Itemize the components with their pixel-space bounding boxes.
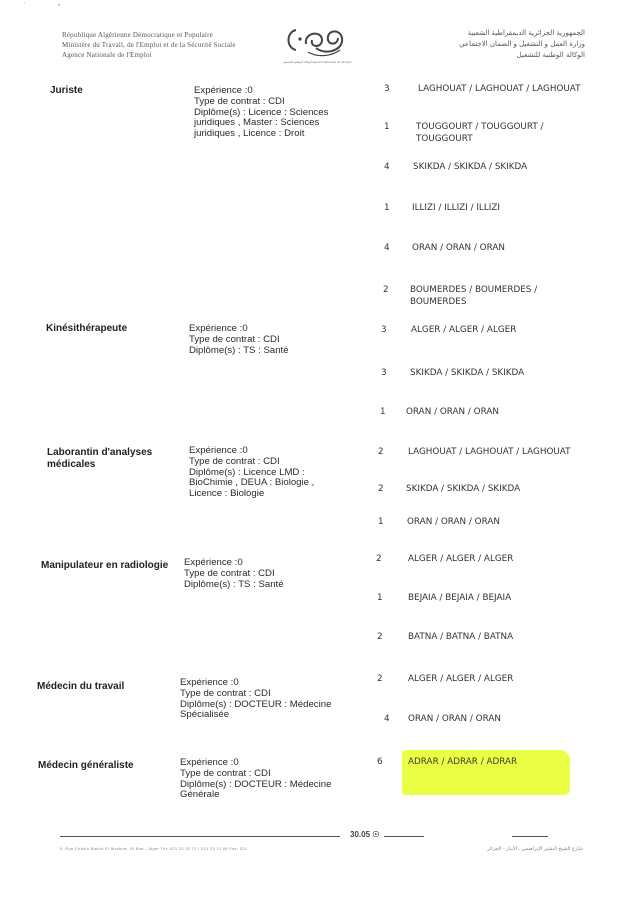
- offer-details: Expérience :0 Type de contrat : CDI Dipl…: [189, 324, 289, 356]
- position-count: 1: [384, 121, 396, 133]
- location-name: SKIKDA / SKIKDA / SKIKDA: [406, 483, 606, 495]
- offer-title: Laborantin d'analyses médicales: [47, 447, 152, 471]
- location-line: ILLIZI / ILLIZI / ILLIZI: [412, 202, 612, 214]
- offer-contract: Type de contrat : CDI: [194, 97, 328, 108]
- offer-diploma: Générale: [180, 790, 331, 801]
- location-name: ALGER / ALGER / ALGER: [411, 324, 611, 336]
- header-line: République Algérienne Démocratique et Po…: [62, 30, 236, 40]
- location-line: BOUMERDES: [410, 296, 610, 308]
- location-line: ALGER / ALGER / ALGER: [408, 553, 608, 565]
- location-line: SKIKDA / SKIKDA / SKIKDA: [413, 161, 613, 173]
- location-name: BEJAIA / BEJAIA / BEJAIA: [408, 592, 608, 604]
- location-line: SKIKDA / SKIKDA / SKIKDA: [406, 483, 606, 495]
- location-name: ALGER / ALGER / ALGER: [408, 553, 608, 565]
- position-count: 2: [376, 553, 388, 565]
- offer-details: Expérience :0 Type de contrat : CDI Dipl…: [180, 758, 331, 801]
- location-line: LAGHOUAT / LAGHOUAT / LAGHOUAT: [408, 446, 608, 458]
- position-count: 3: [381, 324, 393, 336]
- position-count: 2: [378, 483, 390, 495]
- offer-diploma: Spécialisée: [180, 710, 331, 721]
- position-count: 2: [378, 446, 390, 458]
- location-name: LAGHOUAT / LAGHOUAT / LAGHOUAT: [408, 446, 608, 458]
- offer-title: Médecin du travail: [37, 681, 124, 693]
- header-french: République Algérienne Démocratique et Po…: [62, 30, 236, 60]
- offer-title: Juriste: [50, 85, 83, 97]
- location-name: ORAN / ORAN / ORAN: [406, 406, 606, 418]
- location-line: ORAN / ORAN / ORAN: [408, 713, 608, 725]
- position-count: 2: [377, 631, 389, 643]
- location-name: BATNA / BATNA / BATNA: [408, 631, 608, 643]
- location-line: BEJAIA / BEJAIA / BEJAIA: [408, 592, 608, 604]
- location-name: LAGHOUAT / LAGHOUAT / LAGHOUAT: [418, 83, 618, 95]
- location-line: ADRAR / ADRAR / ADRAR: [408, 756, 608, 768]
- header-line: Agence Nationale de l'Emploi: [62, 50, 236, 60]
- location-line: TOUGGOURT / TOUGGOURT /: [416, 121, 616, 133]
- footer-address-ar: شارع الشيخ البشير الإبراهيمي ، الأبيار -…: [487, 846, 583, 852]
- location-line: ALGER / ALGER / ALGER: [411, 324, 611, 336]
- location-name: ORAN / ORAN / ORAN: [407, 516, 607, 528]
- position-count: 1: [378, 516, 390, 528]
- location-line: BOUMERDES / BOUMERDES /: [410, 284, 610, 296]
- location-name: SKIKDA / SKIKDA / SKIKDA: [413, 161, 613, 173]
- location-name: TOUGGOURT / TOUGGOURT /TOUGGOURT: [416, 121, 616, 145]
- offer-details: Expérience :0 Type de contrat : CDI Dipl…: [184, 558, 284, 590]
- offer-contract: Type de contrat : CDI: [189, 457, 314, 468]
- anem-logo-icon: الوكالة الوطنية للتشغيل Agence Nationale…: [282, 22, 364, 78]
- location-name: BOUMERDES / BOUMERDES /BOUMERDES: [410, 284, 610, 308]
- offer-details: Expérience :0 Type de contrat : CDI Dipl…: [194, 86, 328, 140]
- offer-contract: Type de contrat : CDI: [184, 569, 284, 580]
- offer-contract: Type de contrat : CDI: [180, 769, 331, 780]
- offer-details: Expérience :0 Type de contrat : CDI Dipl…: [180, 678, 331, 721]
- location-line: ORAN / ORAN / ORAN: [412, 242, 612, 254]
- position-count: 4: [384, 242, 396, 254]
- offer-title: Médecin généraliste: [38, 760, 134, 772]
- footer-divider: [60, 836, 340, 837]
- offer-details: Expérience :0 Type de contrat : CDI Dipl…: [189, 446, 314, 500]
- location-name: ALGER / ALGER / ALGER: [408, 673, 608, 685]
- location-line: LAGHOUAT / LAGHOUAT / LAGHOUAT: [418, 83, 618, 95]
- position-count: 3: [384, 83, 396, 95]
- location-name: ORAN / ORAN / ORAN: [412, 242, 612, 254]
- location-line: ORAN / ORAN / ORAN: [406, 406, 606, 418]
- position-count: 2: [383, 284, 395, 296]
- position-count: 4: [384, 161, 396, 173]
- position-count: 3: [381, 367, 393, 379]
- header-line: الوكالة الوطنية للتشغيل: [459, 50, 585, 61]
- scan-mark: ': [24, 3, 25, 9]
- offer-diploma: Licence : Biologie: [189, 489, 314, 500]
- offer-title: Manipulateur en radiologie: [41, 560, 168, 572]
- footer-divider: [384, 836, 424, 837]
- position-count: 1: [384, 202, 396, 214]
- location-name: ILLIZI / ILLIZI / ILLIZI: [412, 202, 612, 214]
- position-count: 6: [377, 756, 389, 768]
- logo-caption: الوكالة الوطنية للتشغيل Agence Nationale…: [282, 60, 352, 64]
- location-line: BATNA / BATNA / BATNA: [408, 631, 608, 643]
- offer-diploma: Diplôme(s) : TS : Santé: [184, 580, 284, 591]
- footer-date: 30.05 ☉: [350, 830, 379, 839]
- location-name: SKIKDA / SKIKDA / SKIKDA: [410, 367, 610, 379]
- header-line: الجمهورية الجزائرية الديمقراطية الشعبية: [459, 28, 585, 39]
- header-line: وزارة العمل و التشغيل و الضمان الاجتماعي: [459, 39, 585, 50]
- header-arabic: الجمهورية الجزائرية الديمقراطية الشعبية …: [459, 28, 585, 61]
- position-count: 1: [380, 406, 392, 418]
- position-count: 4: [384, 713, 396, 725]
- location-line: TOUGGOURT: [416, 133, 616, 145]
- scan-mark: •: [58, 3, 60, 9]
- footer-address-fr: 5, Rue Cheikh Bachir El Ibrahimi, El Bia…: [60, 846, 247, 851]
- offer-diploma: Diplôme(s) : TS : Santé: [189, 346, 289, 357]
- footer-divider: [512, 836, 548, 837]
- location-name: ADRAR / ADRAR / ADRAR: [408, 756, 608, 768]
- location-name: ORAN / ORAN / ORAN: [408, 713, 608, 725]
- offer-title: Kinésithérapeute: [46, 323, 127, 335]
- location-line: ORAN / ORAN / ORAN: [407, 516, 607, 528]
- offer-diploma: juridiques , Licence : Droit: [194, 129, 328, 140]
- offer-contract: Type de contrat : CDI: [189, 335, 289, 346]
- header-line: Ministère du Travail, de l'Emploi et de …: [62, 40, 236, 50]
- location-line: ALGER / ALGER / ALGER: [408, 673, 608, 685]
- offer-title-line: médicales: [47, 459, 152, 471]
- offer-contract: Type de contrat : CDI: [180, 689, 331, 700]
- position-count: 1: [377, 592, 389, 604]
- location-line: SKIKDA / SKIKDA / SKIKDA: [410, 367, 610, 379]
- position-count: 2: [377, 673, 389, 685]
- offer-title-line: Laborantin d'analyses: [47, 447, 152, 459]
